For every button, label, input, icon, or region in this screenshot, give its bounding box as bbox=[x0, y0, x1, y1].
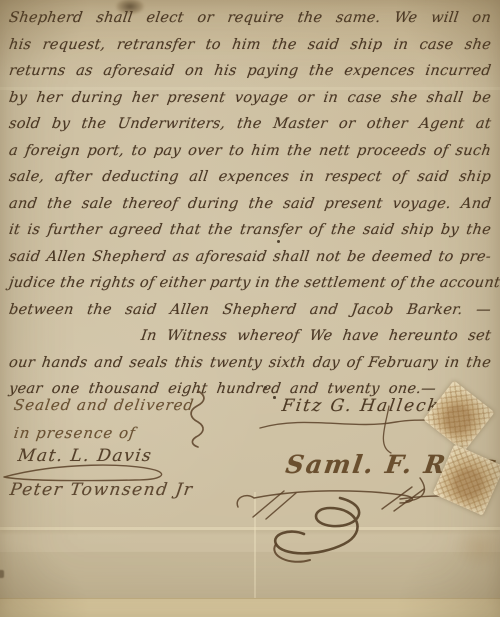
ross-cross-4 bbox=[394, 489, 424, 511]
ross-big-curl bbox=[275, 498, 359, 553]
paper-bottom-edge bbox=[0, 598, 500, 617]
ross-swash bbox=[237, 491, 412, 507]
manuscript-line: and the sale thereof during the said pre… bbox=[7, 191, 493, 218]
manuscript-line: by her during her present voyage or in c… bbox=[7, 85, 493, 112]
witness-signature-townsend: Peter Townsend Jr bbox=[9, 480, 195, 500]
ross-descender bbox=[406, 478, 424, 501]
manuscript-line: our hands and seals this twenty sixth da… bbox=[7, 350, 493, 377]
ross-cross-2 bbox=[266, 493, 296, 519]
sealed-and-delivered-text: Sealed and delivered bbox=[13, 396, 196, 414]
witness-signature-davis: Mat. L. Davis bbox=[17, 446, 154, 466]
ross-cross-3 bbox=[382, 487, 412, 509]
manuscript-line: his request, retransfer to him the said … bbox=[7, 32, 493, 59]
paper-tone-band bbox=[0, 552, 500, 598]
manuscript-page: Shepherd shall elect or require the same… bbox=[0, 0, 500, 617]
manuscript-line: sale, after deducting all expences in re… bbox=[7, 164, 493, 191]
manuscript-line: returns as aforesaid on his paying the e… bbox=[7, 58, 493, 85]
manuscript-line: it is further agreed that the transfer o… bbox=[7, 217, 493, 244]
manuscript-line: sold by the Underwriters, the Master or … bbox=[7, 111, 493, 138]
ross-cross-1 bbox=[253, 491, 284, 517]
signature-halleck: Fitz G. Halleck bbox=[281, 396, 442, 416]
in-presence-of-text: in presence of bbox=[13, 424, 137, 442]
manuscript-line: a foreign port, to pay over to him the n… bbox=[7, 138, 493, 165]
davis-flourish bbox=[4, 465, 162, 480]
witness-clause-line: In Witness whereof We have hereunto set bbox=[7, 323, 493, 350]
paper-edge-nick bbox=[0, 570, 4, 578]
manuscript-line: judice the rights of either party in the… bbox=[7, 270, 493, 297]
manuscript-line: said Allen Shepherd as aforesaid shall n… bbox=[7, 244, 493, 271]
horizontal-fold-line bbox=[0, 527, 500, 530]
document-body: Shepherd shall elect or require the same… bbox=[9, 5, 491, 403]
manuscript-line: between the said Allen Shepherd and Jaco… bbox=[7, 297, 493, 324]
manuscript-line: Shepherd shall elect or require the same… bbox=[7, 5, 493, 32]
